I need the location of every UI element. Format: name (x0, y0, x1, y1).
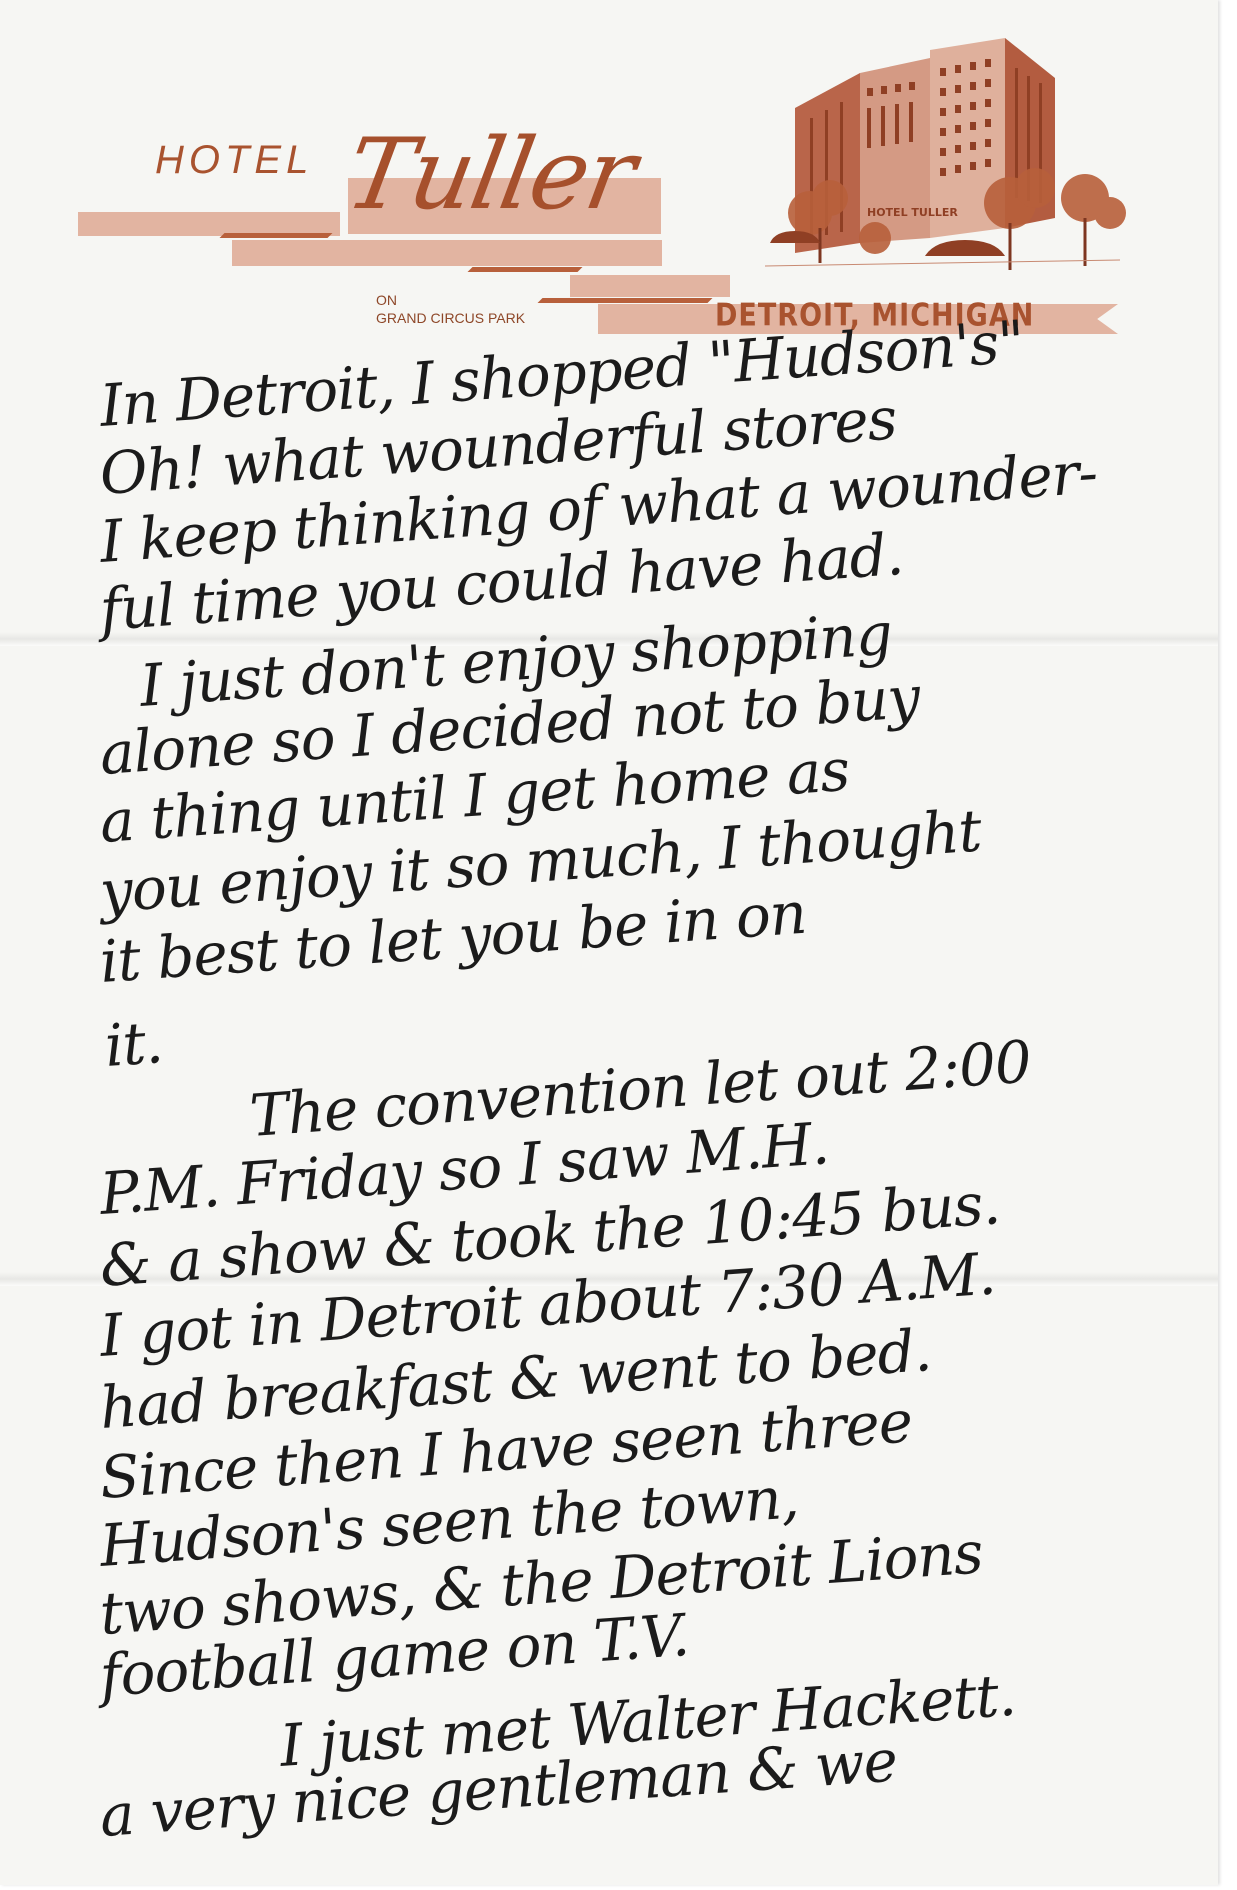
svg-text:HOTEL TULLER: HOTEL TULLER (867, 206, 958, 219)
letter-paper: HOTEL Tuller ON GRAND CIRCUS PARK DETROI… (0, 0, 1218, 1885)
letterhead: HOTEL Tuller ON GRAND CIRCUS PARK DETROI… (0, 0, 1218, 340)
ribbon-fold (538, 298, 713, 303)
location-park: GRAND CIRCUS PARK (376, 309, 525, 327)
hotel-building-illustration-icon: HOTEL TULLER (755, 38, 1130, 278)
hotel-label: HOTEL (155, 138, 313, 183)
hotel-name-logo: Tuller (338, 118, 642, 232)
ribbon-fold (220, 233, 333, 238)
location-on: ON (376, 291, 525, 309)
hotel-location: ON GRAND CIRCUS PARK (376, 291, 525, 327)
ribbon-fold (468, 267, 583, 272)
ribbon-band (570, 275, 730, 297)
letter-line: it. (103, 1008, 165, 1080)
ribbon-band (232, 240, 662, 266)
